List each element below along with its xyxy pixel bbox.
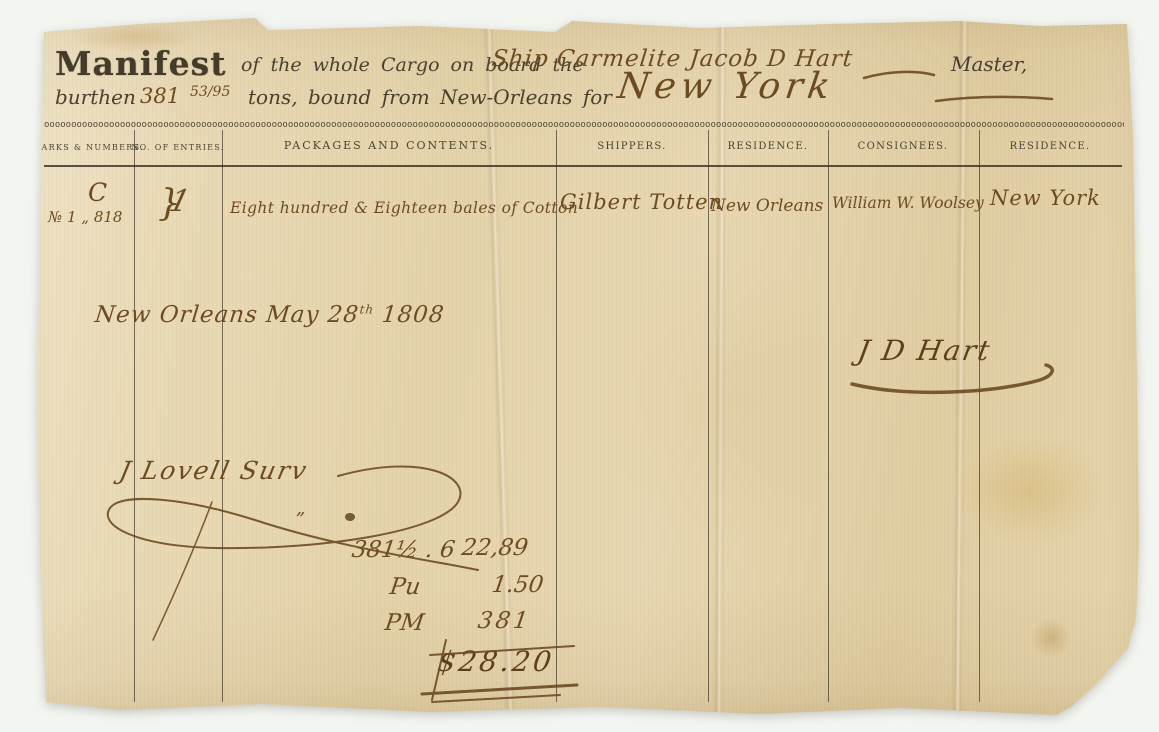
calc-line1-value: 22,89 — [460, 535, 530, 561]
calc-line1-label: 381½ . 6 — [350, 537, 456, 563]
column-header-packages: PACKAGES AND CONTENTS. — [284, 139, 494, 152]
master-signature: J D Hart — [855, 334, 994, 367]
scan-background: Manifest of the whole Cargo on board the… — [0, 0, 1159, 732]
column-header-marks: MARKS & NUMBERS. — [32, 143, 144, 152]
row-marks-letter: C — [88, 178, 107, 207]
tons-number-handwriting: 381 — [140, 84, 180, 108]
master-label: Master, — [951, 52, 1027, 76]
dateline-superscript: th — [359, 302, 375, 316]
calc-line3-value: 381 — [476, 608, 533, 634]
ditto-mark: „ — [296, 498, 305, 519]
column-header-residence-1: RESIDENCE. — [728, 141, 809, 152]
column-divider-1 — [134, 130, 135, 702]
dateline-year: 1808 — [381, 302, 446, 328]
column-divider-5 — [828, 130, 829, 702]
row-shipper-name: Gilbert Totten — [560, 190, 723, 214]
column-header-shippers: SHIPPERS. — [597, 141, 666, 152]
column-header-residence-2: RESIDENCE. — [1010, 141, 1091, 152]
column-divider-4 — [708, 130, 709, 702]
dateline: New Orleans May 28th 1808 — [94, 302, 446, 328]
calc-line2-value: 1.50 — [490, 572, 545, 598]
column-divider-6 — [979, 130, 980, 702]
paper-shadow-wrap: Manifest of the whole Cargo on board the… — [0, 0, 1159, 732]
tons-fraction-handwriting: 53/95 — [190, 84, 230, 100]
dateline-main: New Orleans May 28 — [94, 302, 361, 328]
row-consignee-name: William W. Woolsey — [832, 194, 984, 212]
row-marks-number: № 1 „ 818 — [48, 208, 122, 226]
manifest-document: Manifest of the whole Cargo on board the… — [0, 0, 1159, 732]
calc-line2-label: Pu — [388, 574, 422, 600]
calc-total-amount: $28.20 — [436, 645, 557, 678]
manifest-title: Manifest — [55, 44, 226, 83]
calc-line3-label: PM — [383, 610, 426, 636]
bound-phrase: tons, bound from New-Orleans for — [248, 85, 612, 109]
column-header-consignees: CONSIGNEES. — [858, 141, 949, 152]
column-divider-2 — [222, 130, 223, 702]
surveyor-signature: J Lovell Surv — [117, 456, 311, 485]
row-consignee-residence: New York — [990, 186, 1101, 210]
ornament-chain-border: oooooooooooooooooooooooooooooooooooooooo… — [44, 120, 1124, 132]
header-rule — [44, 165, 1122, 167]
destination-handwriting: New York — [615, 66, 837, 107]
row-shipper-residence: New Orleans — [711, 196, 823, 216]
burthen-label: burthen — [55, 85, 136, 109]
column-header-entries: NO. OF ENTRIES. — [131, 143, 224, 152]
row-packages-contents: Eight hundred & Eighteen bales of Cotton — [230, 199, 578, 217]
